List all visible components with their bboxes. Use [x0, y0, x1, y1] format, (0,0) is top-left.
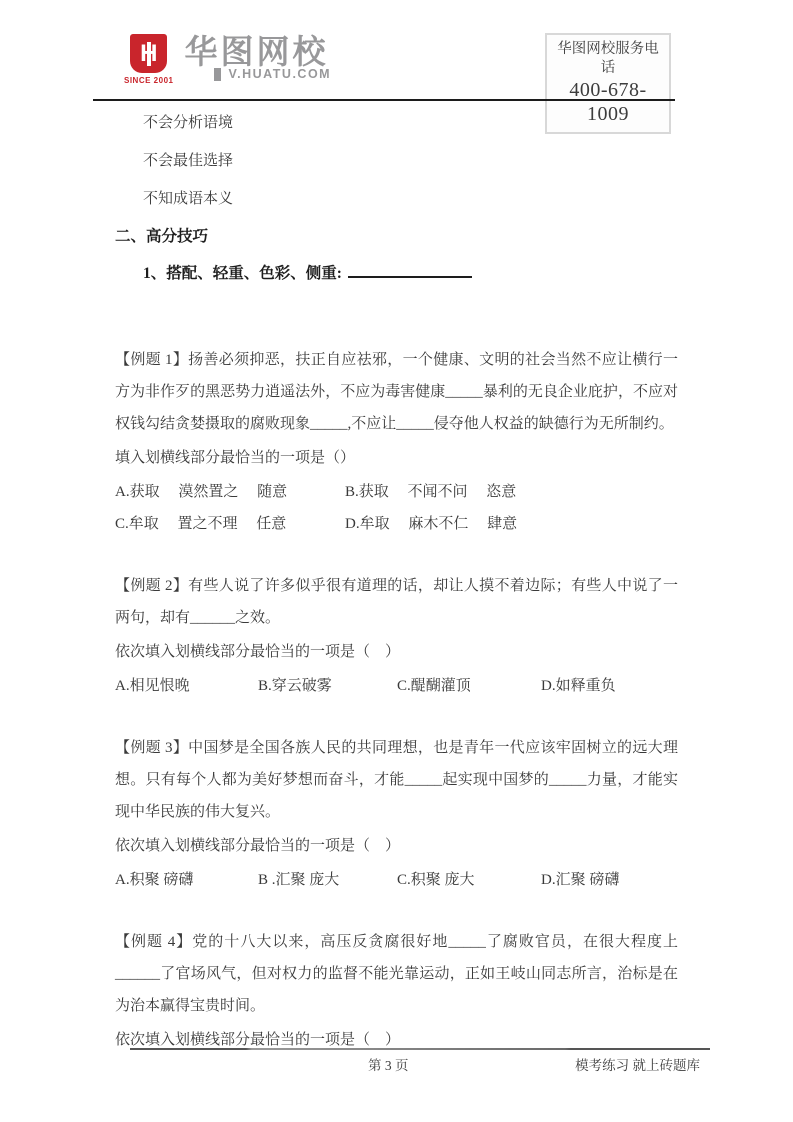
option-b: B.获取 不闻不问 恣意 [345, 476, 678, 508]
question-label: 【例题 3】 [115, 740, 188, 756]
page-number: 第 3 页 [368, 1054, 409, 1074]
question-text: 党的十八大以来，高压反贪腐很好地_____了腐败官员，在很大程度上______了… [115, 934, 678, 1014]
option-a: A.相见恨晚 [115, 670, 258, 702]
option-a: A.积聚 磅礴 [115, 864, 258, 896]
option-d: D.如释重负 [541, 670, 678, 702]
option-b: B.穿云破雾 [258, 670, 397, 702]
list-item: 不会分析语境 [115, 113, 678, 133]
question-body: 【例题 3】中国梦是全国各族人民的共同理想，也是青年一代应该牢固树立的远大理想。… [115, 732, 678, 828]
footer-divider [130, 1048, 710, 1050]
question-2: 【例题 2】有些人说了许多似乎很有道理的话，却让人摸不着边际；有些人中说了一两句… [115, 570, 678, 702]
question-prompt: 填入划横线部分最恰当的一项是（） [115, 442, 678, 474]
question-body: 【例题 4】党的十八大以来，高压反贪腐很好地_____了腐败官员，在很大程度上_… [115, 926, 678, 1022]
list-item: 不会最佳选择 [115, 151, 678, 171]
huatu-logo: H SINCE 2001 华图网校 V.HUATU.COM [124, 34, 331, 85]
option-d: D.汇聚 磅礴 [541, 864, 678, 896]
question-1: 【例题 1】扬善必须抑恶，扶正自应祛邪，一个健康、文明的社会当然不应让横行一方为… [115, 344, 678, 540]
subheading-text: 1、搭配、轻重、色彩、侧重: [143, 265, 342, 282]
page-footer: 第 3 页 模考练习 就上砖题库 [130, 1054, 710, 1074]
logo-monogram: H [140, 42, 157, 66]
list-item: 不知成语本义 [115, 189, 678, 209]
option-b: B .汇聚 庞大 [258, 864, 397, 896]
brand-subline: V.HUATU.COM [214, 67, 331, 81]
question-body: 【例题 2】有些人说了许多似乎很有道理的话，却让人摸不着边际；有些人中说了一两句… [115, 570, 678, 634]
huatu-logo-icon: H [130, 34, 167, 73]
options-grid: A.相见恨晚 B.穿云破雾 C.醍醐灌顶 D.如释重负 [115, 670, 678, 702]
section-subheading: 1、搭配、轻重、色彩、侧重: [115, 264, 678, 284]
question-label: 【例题 1】 [115, 352, 188, 368]
phone-label: 华图网校服务电话 [551, 40, 665, 78]
question-text: 扬善必须抑恶，扶正自应祛邪，一个健康、文明的社会当然不应让横行一方为非作歹的黑恶… [115, 352, 678, 432]
question-3: 【例题 3】中国梦是全国各族人民的共同理想，也是青年一代应该牢固树立的远大理想。… [115, 732, 678, 896]
question-prompt: 依次填入划横线部分最恰当的一项是（ ） [115, 636, 678, 668]
brand-domain: V.HUATU.COM [228, 67, 331, 81]
option-d: D.牟取 麻木不仁 肆意 [345, 508, 678, 540]
options-grid: A.积聚 磅礴 B .汇聚 庞大 C.积聚 庞大 D.汇聚 磅礴 [115, 864, 678, 896]
options-grid: A.获取 漠然置之 随意 B.获取 不闻不问 恣意 C.牟取 置之不理 任意 D… [115, 476, 678, 540]
option-c: C.积聚 庞大 [397, 864, 541, 896]
brand-stroke-icon [214, 68, 221, 81]
question-body: 【例题 1】扬善必须抑恶，扶正自应祛邪，一个健康、文明的社会当然不应让横行一方为… [115, 344, 678, 440]
question-prompt: 依次填入划横线部分最恰当的一项是（ ） [115, 1024, 678, 1056]
option-c: C.醍醐灌顶 [397, 670, 541, 702]
question-text: 有些人说了许多似乎很有道理的话，却让人摸不着边际；有些人中说了一两句，却有___… [115, 578, 678, 626]
question-4: 【例题 4】党的十八大以来，高压反贪腐很好地_____了腐败官员，在很大程度上_… [115, 926, 678, 1056]
logo-since-label: SINCE 2001 [124, 76, 173, 85]
intro-list: 不会分析语境 不会最佳选择 不知成语本义 [115, 106, 678, 209]
section-heading: 二、高分技巧 [115, 227, 678, 247]
header-divider [93, 99, 675, 101]
question-label: 【例题 2】 [115, 578, 188, 594]
option-a: A.获取 漠然置之 随意 [115, 476, 345, 508]
logo-badge-column: H SINCE 2001 [124, 34, 173, 85]
footer-slogan: 模考练习 就上砖题库 [575, 1054, 700, 1074]
brand-name: 华图网校 [184, 34, 331, 70]
option-c: C.牟取 置之不理 任意 [115, 508, 345, 540]
question-prompt: 依次填入划横线部分最恰当的一项是（ ） [115, 830, 678, 862]
question-label: 【例题 4】 [115, 934, 192, 950]
logo-brand-block: 华图网校 V.HUATU.COM [184, 34, 331, 81]
question-text: 中国梦是全国各族人民的共同理想，也是青年一代应该牢固树立的远大理想。只有每个人都… [115, 740, 678, 820]
fill-in-blank-line [348, 264, 472, 278]
document-content: 不会分析语境 不会最佳选择 不知成语本义 二、高分技巧 1、搭配、轻重、色彩、侧… [115, 106, 678, 1086]
document-page: H SINCE 2001 华图网校 V.HUATU.COM 华图网校服务电话 4… [0, 0, 793, 1122]
